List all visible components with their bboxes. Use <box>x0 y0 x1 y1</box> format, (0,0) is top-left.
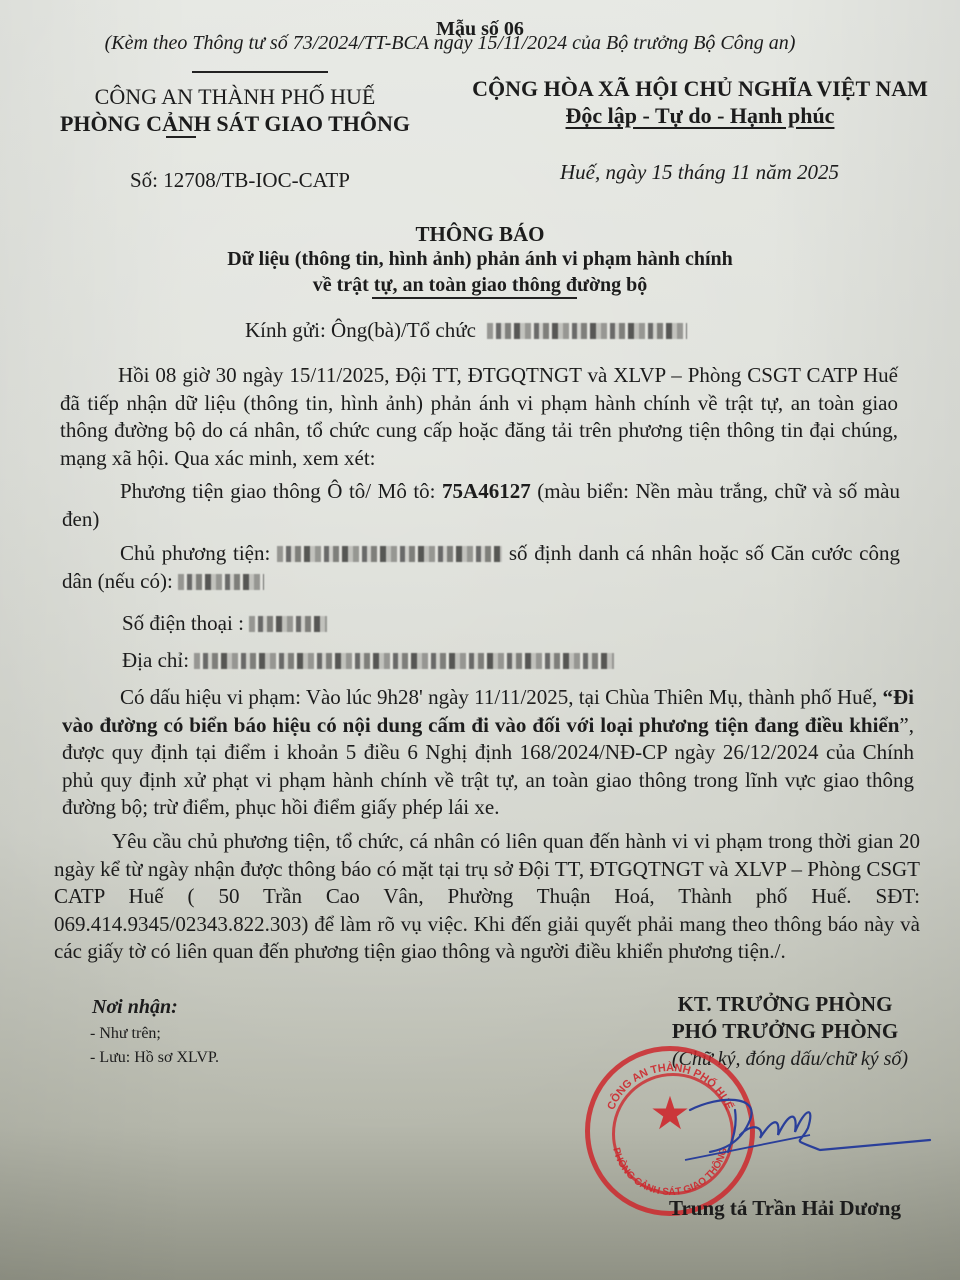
recipient-item: - Như trên; <box>90 1022 219 1046</box>
recipients-label: Nơi nhận: <box>92 996 178 1019</box>
recipient-line: Kính gửi: Ông(bà)/Tổ chức <box>245 318 687 343</box>
divider <box>372 297 577 299</box>
owner-label: Chủ phương tiện: <box>120 541 277 565</box>
phone-redacted <box>249 616 327 632</box>
address-label: Địa chỉ: <box>122 648 194 672</box>
address-line: Địa chỉ: <box>122 648 614 673</box>
department-name: PHÒNG CẢNH SÁT GIAO THÔNG <box>40 111 430 137</box>
document-number: Số: 12708/TB-IOC-CATP <box>130 168 350 193</box>
recipients-list: - Như trên; - Lưu: Hồ sơ XLVP. <box>90 1022 219 1070</box>
place-date: Huế, ngày 15 tháng 11 năm 2025 <box>560 160 839 185</box>
signer-name: Trung tá Trần Hải Dương <box>620 1196 950 1221</box>
license-plate: 75A46127 <box>442 479 531 503</box>
signature-title-2: PHÓ TRƯỞNG PHÒNG <box>600 1019 960 1044</box>
vehicle-label: Phương tiện giao thông Ô tô/ Mô tô: <box>120 479 442 503</box>
divider <box>192 71 328 73</box>
request-paragraph: Yêu cầu chủ phương tiện, tổ chức, cá nhâ… <box>54 828 920 966</box>
address-redacted <box>194 653 614 669</box>
phone-label: Số điện thoại : <box>122 611 249 635</box>
recipient-redacted <box>487 323 687 339</box>
attachment-note: (Kèm theo Thông tư số 73/2024/TT-BCA ngà… <box>0 32 900 55</box>
signature-title-1: KT. TRƯỞNG PHÒNG <box>600 992 960 1017</box>
nation-title: CỘNG HÒA XÃ HỘI CHỦ NGHĨA VIỆT NAM <box>440 76 960 102</box>
owner-id-redacted <box>178 574 264 590</box>
violation-intro: Có dấu hiệu vi phạm: Vào lúc 9h28' ngày … <box>120 685 883 709</box>
notice-subtitle-1: Dữ liệu (thông tin, hình ảnh) phản ánh v… <box>0 248 960 271</box>
nation-motto: Độc lập - Tự do - Hạnh phúc <box>440 103 960 129</box>
recipient-label: Kính gửi: Ông(bà)/Tổ chức <box>245 318 476 342</box>
owner-paragraph: Chủ phương tiện: số định danh cá nhân ho… <box>62 540 900 595</box>
handwritten-signature <box>680 1090 960 1180</box>
divider <box>166 136 196 138</box>
recipient-item: - Lưu: Hồ sơ XLVP. <box>90 1046 219 1070</box>
notice-title: THÔNG BÁO <box>0 222 960 247</box>
intro-paragraph: Hồi 08 giờ 30 ngày 15/11/2025, Đội TT, Đ… <box>60 362 898 472</box>
violation-paragraph: Có dấu hiệu vi phạm: Vào lúc 9h28' ngày … <box>62 684 914 822</box>
agency-name: CÔNG AN THÀNH PHỐ HUẾ <box>40 84 430 110</box>
phone-line: Số điện thoại : <box>122 611 327 636</box>
owner-name-redacted <box>277 546 502 562</box>
vehicle-paragraph: Phương tiện giao thông Ô tô/ Mô tô: 75A4… <box>62 478 900 533</box>
notice-subtitle-2: về trật tự, an toàn giao thông đường bộ <box>0 274 960 297</box>
